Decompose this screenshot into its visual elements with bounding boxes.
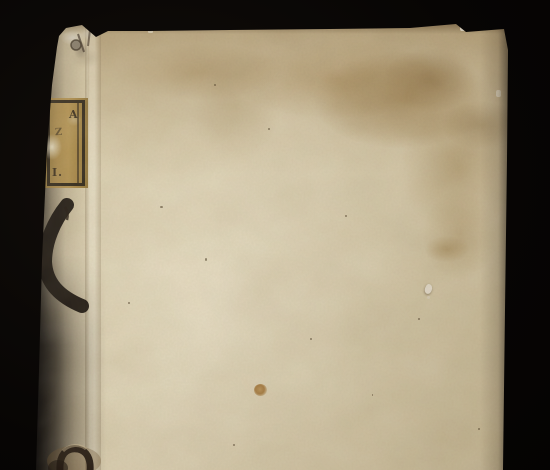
vellum-book: A Z I. — [0, 0, 550, 470]
cover-lighting-vignette — [0, 0, 550, 470]
photo-stage: A Z I. — [0, 0, 550, 470]
